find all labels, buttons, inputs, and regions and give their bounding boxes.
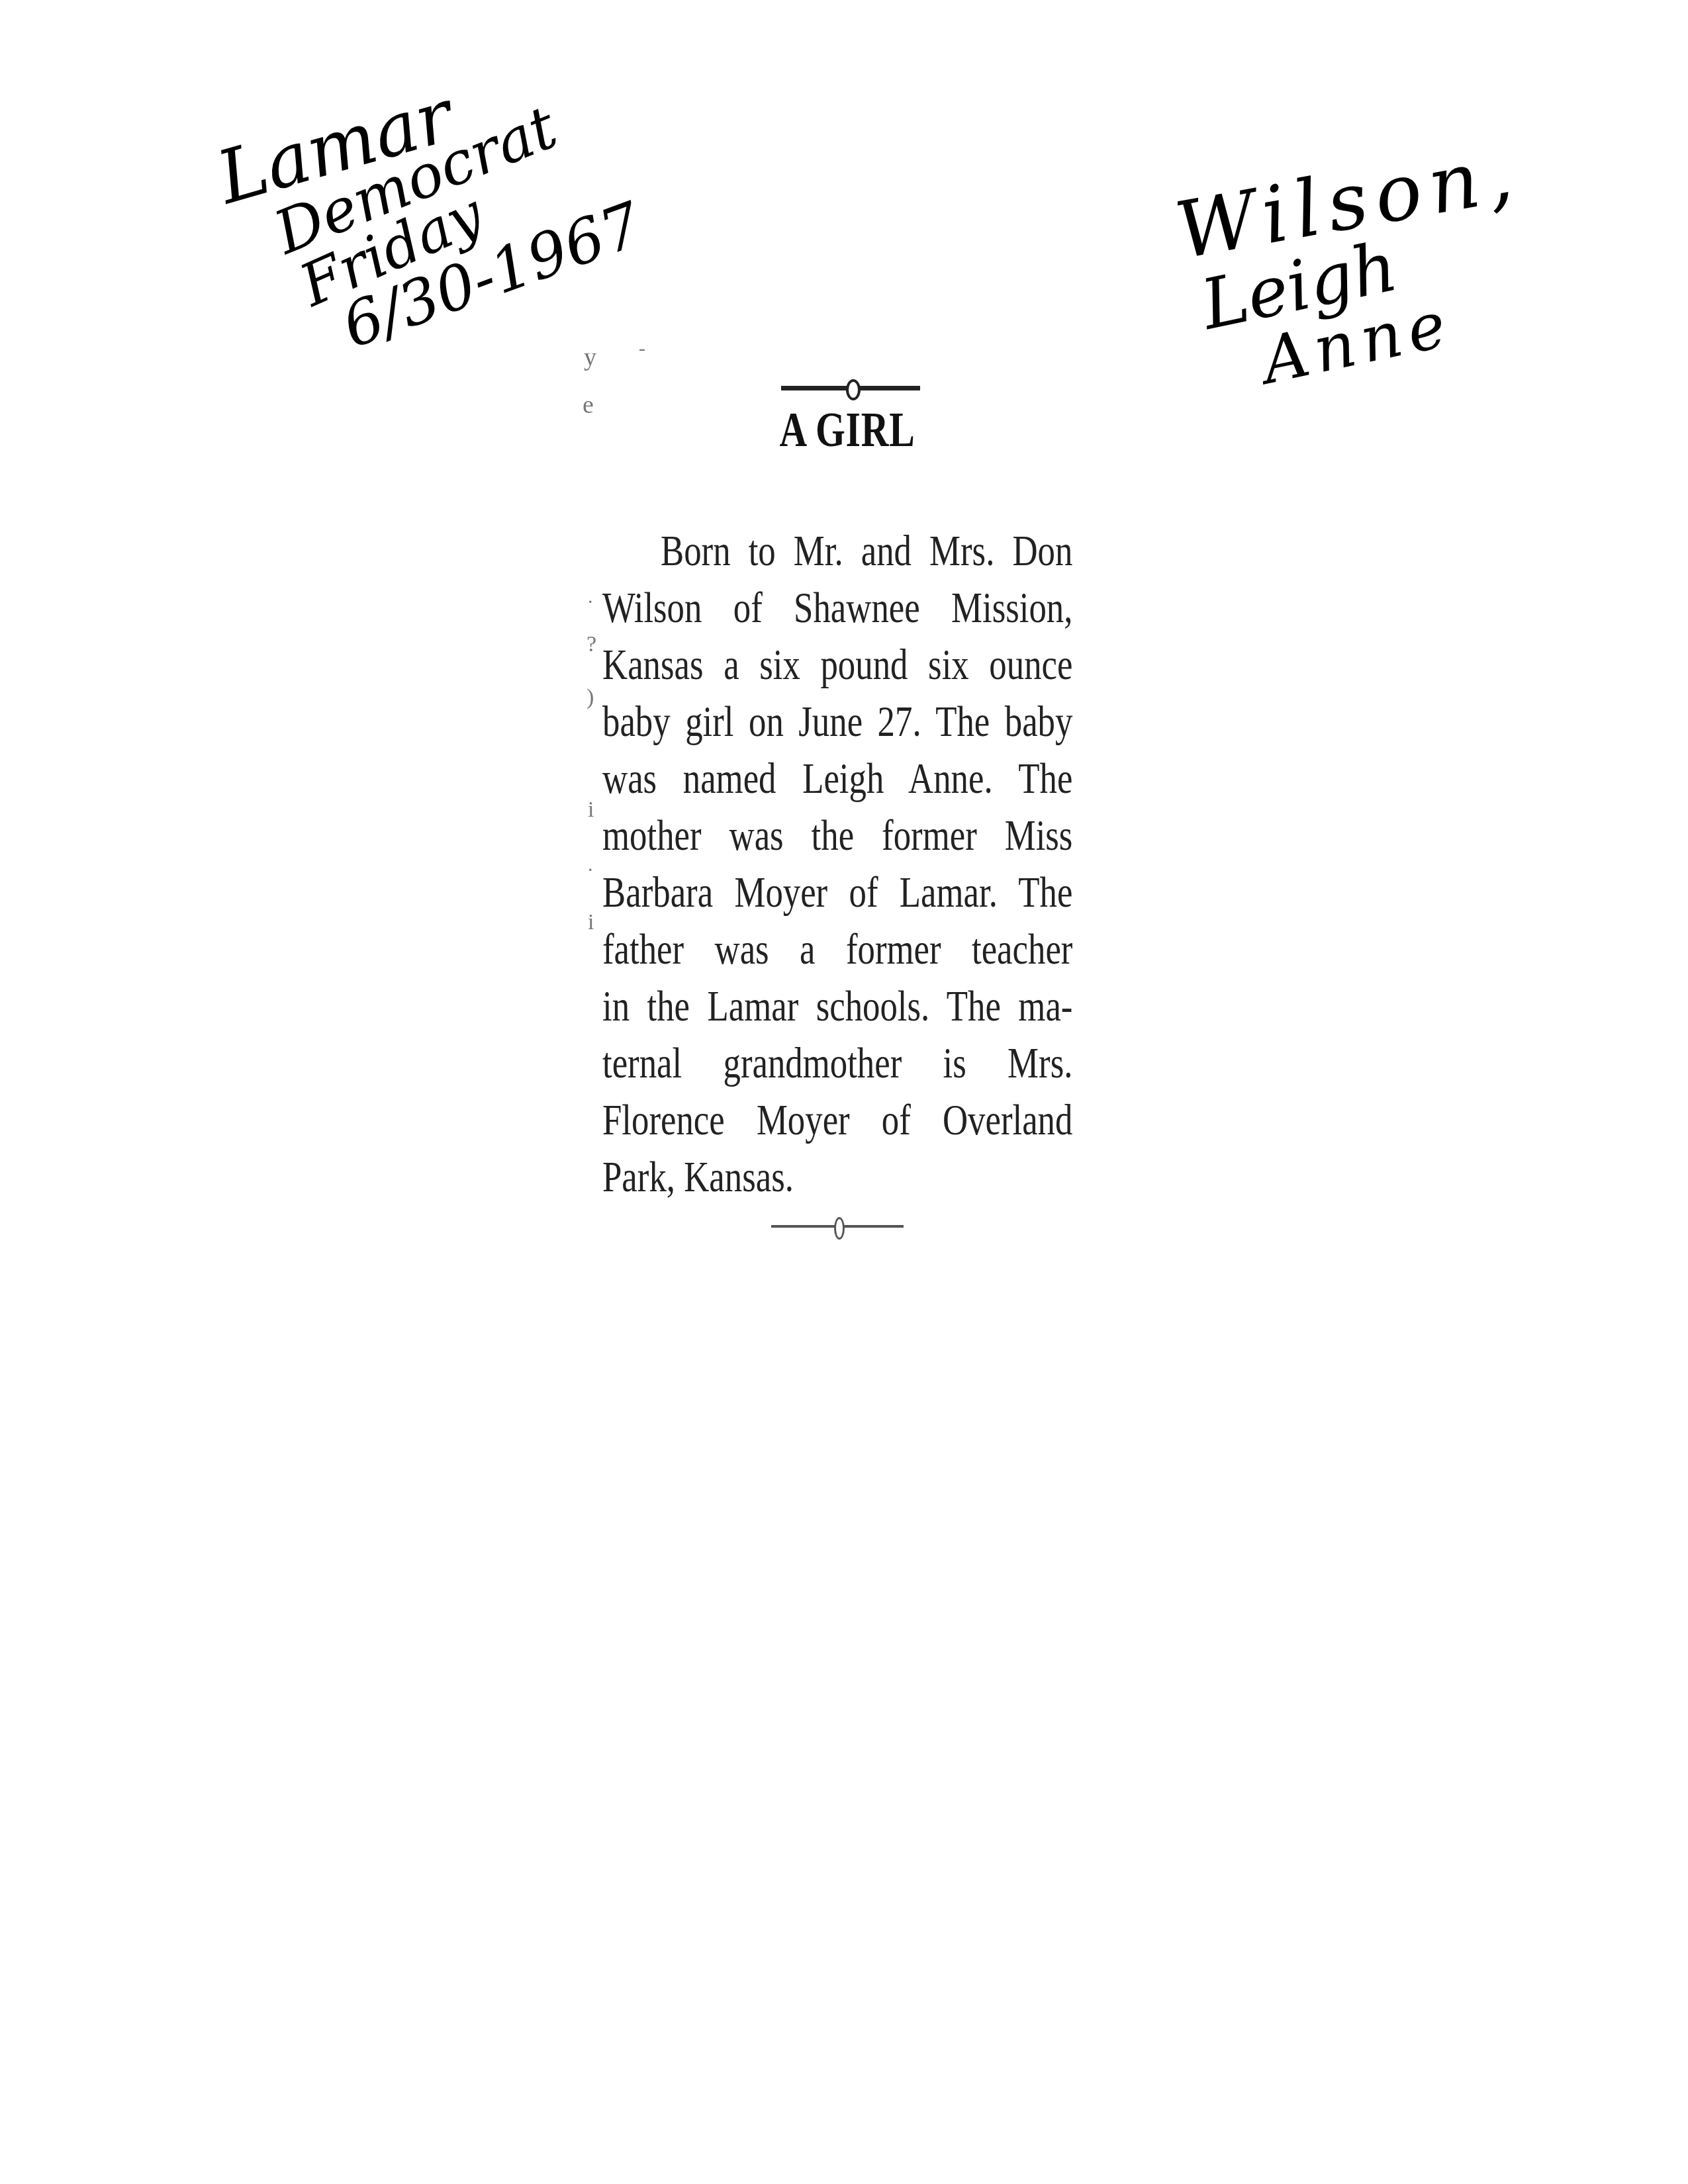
margin-fragment: y bbox=[584, 343, 596, 372]
margin-fragment: i bbox=[588, 797, 594, 823]
article-line: was named Leigh Anne. The bbox=[602, 751, 1072, 807]
article-line: Born to Mr. and Mrs. Don bbox=[602, 523, 1072, 580]
article-line: Barbara Moyer of Lamar. The bbox=[602, 864, 1072, 921]
article-line: Wilson of Shawnee Mission, bbox=[602, 580, 1072, 637]
divider-ornament bbox=[834, 1217, 845, 1240]
article-line: in the Lamar schools. The ma- bbox=[602, 978, 1072, 1035]
margin-fragment: . bbox=[588, 854, 593, 876]
section-divider-top bbox=[781, 386, 920, 390]
margin-fragment: . bbox=[588, 586, 593, 608]
article-headline: A GIRL bbox=[755, 402, 941, 459]
article-body: Born to Mr. and Mrs. Don Wilson of Shawn… bbox=[602, 523, 1072, 1206]
article-line: ternal grandmother is Mrs. bbox=[602, 1035, 1072, 1092]
margin-fragment: ? bbox=[586, 632, 596, 657]
margin-fragment: i bbox=[588, 910, 594, 935]
article-line: mother was the former Miss bbox=[602, 807, 1072, 864]
margin-fragment: e bbox=[583, 390, 594, 420]
article-line: Florence Moyer of Overland bbox=[602, 1092, 1072, 1149]
article-line: Kansas a six pound six ounce bbox=[602, 637, 1072, 694]
article-line: father was a former teacher bbox=[602, 921, 1072, 978]
divider-ornament bbox=[846, 379, 861, 400]
section-divider-bottom bbox=[771, 1225, 904, 1228]
margin-fragment: ) bbox=[586, 685, 594, 710]
article-line: baby girl on June 27. The baby bbox=[602, 694, 1072, 751]
margin-fragment: - bbox=[639, 338, 645, 360]
article-line: Park, Kansas. bbox=[602, 1149, 1072, 1206]
